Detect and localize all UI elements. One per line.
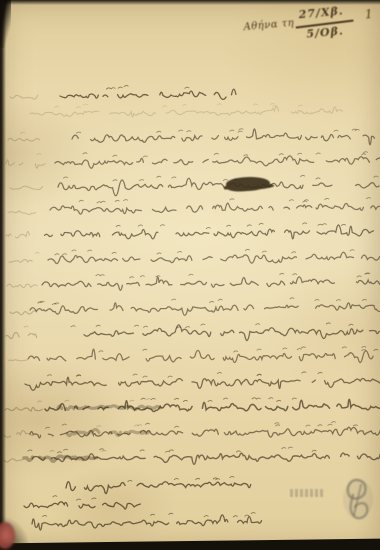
archive-seal-stamp: [340, 476, 376, 522]
date-trailing: 1: [364, 7, 373, 22]
date-prefix: Αθήνα τη: [243, 18, 295, 33]
letter-photograph: Αθήνα τη 27/Χβ. 5/Οβ. 1: [0, 0, 380, 550]
date-denominator: 5/Οβ.: [306, 24, 344, 40]
faint-archive-stamp: [290, 489, 324, 497]
handwriting-ink-layer: [0, 0, 380, 550]
date-numerator: 27/Χβ.: [298, 4, 344, 21]
